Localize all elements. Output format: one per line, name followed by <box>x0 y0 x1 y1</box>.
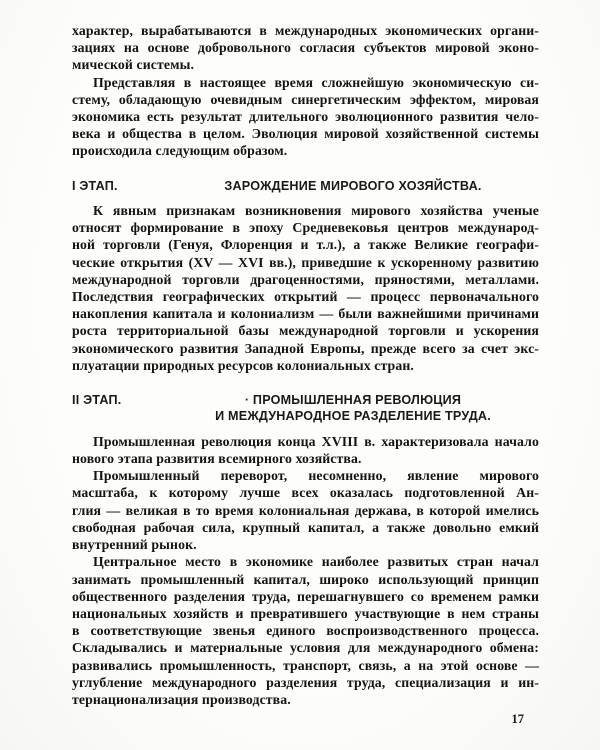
text-line: характер, вырабатываются в международных… <box>72 22 539 39</box>
stage-heading: I ЭТАП.ЗАРОЖДЕНИЕ МИРОВОГО ХОЗЯЙСТВА. <box>72 178 539 194</box>
stage-title-line: ЗАРОЖДЕНИЕ МИРОВОГО ХОЗЯЙСТВА. <box>167 178 539 194</box>
paragraph: Представляя в настоящее время сложнейшую… <box>72 74 539 160</box>
text-line: Центральное место в экономике наиболее р… <box>72 553 539 570</box>
paragraph: К явным признакам возникновения мирового… <box>72 202 539 374</box>
text-line: Последствия географических открытий — пр… <box>72 288 539 305</box>
paragraph: Промышленная революция конца XVIII в. ха… <box>72 433 539 467</box>
paragraph: Промышленный переворот, несомненно, явле… <box>72 467 539 553</box>
text-line: К явным признакам возникновения мирового… <box>72 202 539 219</box>
text-line: масштаба, к которому лучше всех оказалас… <box>72 484 539 501</box>
text-line: развивались промышленность, транспорт, с… <box>72 657 539 674</box>
text-line: Представляя в настоящее время сложнейшую… <box>72 74 539 91</box>
text-line: ной торговли (Генуя, Флоренция и т.л.), … <box>72 236 539 253</box>
text-line: зациях на основе добровольного согласия … <box>72 39 539 56</box>
text-line: общественного разделения труда, перешагн… <box>72 588 539 605</box>
text-line: мической системы. <box>72 56 539 73</box>
text-line: плуатации природных ресурсов колониальны… <box>72 357 539 374</box>
text-line: стему, обладающую очевидным синергетичес… <box>72 91 539 108</box>
text-line: накопления капитала и колониализм — были… <box>72 305 539 322</box>
paragraph: характер, вырабатываются в международных… <box>72 22 539 74</box>
stage-title: · ПРОМЫШЛЕННАЯ РЕВОЛЮЦИЯИ МЕЖДУНАРОДНОЕ … <box>167 392 539 425</box>
page-content: характер, вырабатываются в международных… <box>72 22 539 708</box>
stage-title-line: · ПРОМЫШЛЕННАЯ РЕВОЛЮЦИЯ <box>167 392 539 408</box>
stage-title-line: И МЕЖДУНАРОДНОЕ РАЗДЕЛЕНИЕ ТРУДА. <box>167 408 539 424</box>
scanned-book-page: характер, вырабатываются в международных… <box>0 0 600 750</box>
text-line: углубление международного разделения тру… <box>72 674 539 691</box>
text-line: роста территориальной базы международной… <box>72 322 539 339</box>
text-line: экономического развития Западной Европы,… <box>72 340 539 357</box>
text-line: нового этапа развития всемирного хозяйст… <box>72 450 539 467</box>
stage-title: ЗАРОЖДЕНИЕ МИРОВОГО ХОЗЯЙСТВА. <box>167 178 539 194</box>
text-line: занимать промышленный капитал, широко ис… <box>72 571 539 588</box>
text-line: происходила следующим образом. <box>72 142 539 159</box>
text-line: Складывались и материальные условия для … <box>72 639 539 656</box>
stage-label: I ЭТАП. <box>72 178 167 194</box>
text-line: международной торговли драгоценностями, … <box>72 271 539 288</box>
text-line: глия — великая в то время колониальная д… <box>72 502 539 519</box>
text-line: тернационализация производства. <box>72 691 539 708</box>
text-line: в соответствующие звенья единого воспрои… <box>72 622 539 639</box>
stage-heading: II ЭТАП.· ПРОМЫШЛЕННАЯ РЕВОЛЮЦИЯИ МЕЖДУН… <box>72 392 539 425</box>
text-line: Промышленный переворот, несомненно, явле… <box>72 467 539 484</box>
text-line: экономика есть результат длительного эво… <box>72 108 539 125</box>
text-line: внутренний рынок. <box>72 536 539 553</box>
stage-label: II ЭТАП. <box>72 392 167 408</box>
paragraph: Центральное место в экономике наиболее р… <box>72 553 539 708</box>
text-line: Промышленная революция конца XVIII в. ха… <box>72 433 539 450</box>
text-line: национальных хозяйств и превратившего уч… <box>72 605 539 622</box>
text-line: века и общества в целом. Эволюция мирово… <box>72 125 539 142</box>
text-line: относят формирование в эпоху Средневеков… <box>72 219 539 236</box>
text-line: ческие открытия (XV — XVI вв.), приведши… <box>72 254 539 271</box>
text-line: свободная рабочая сила, крупный капитал,… <box>72 519 539 536</box>
page-number: 17 <box>72 712 524 727</box>
